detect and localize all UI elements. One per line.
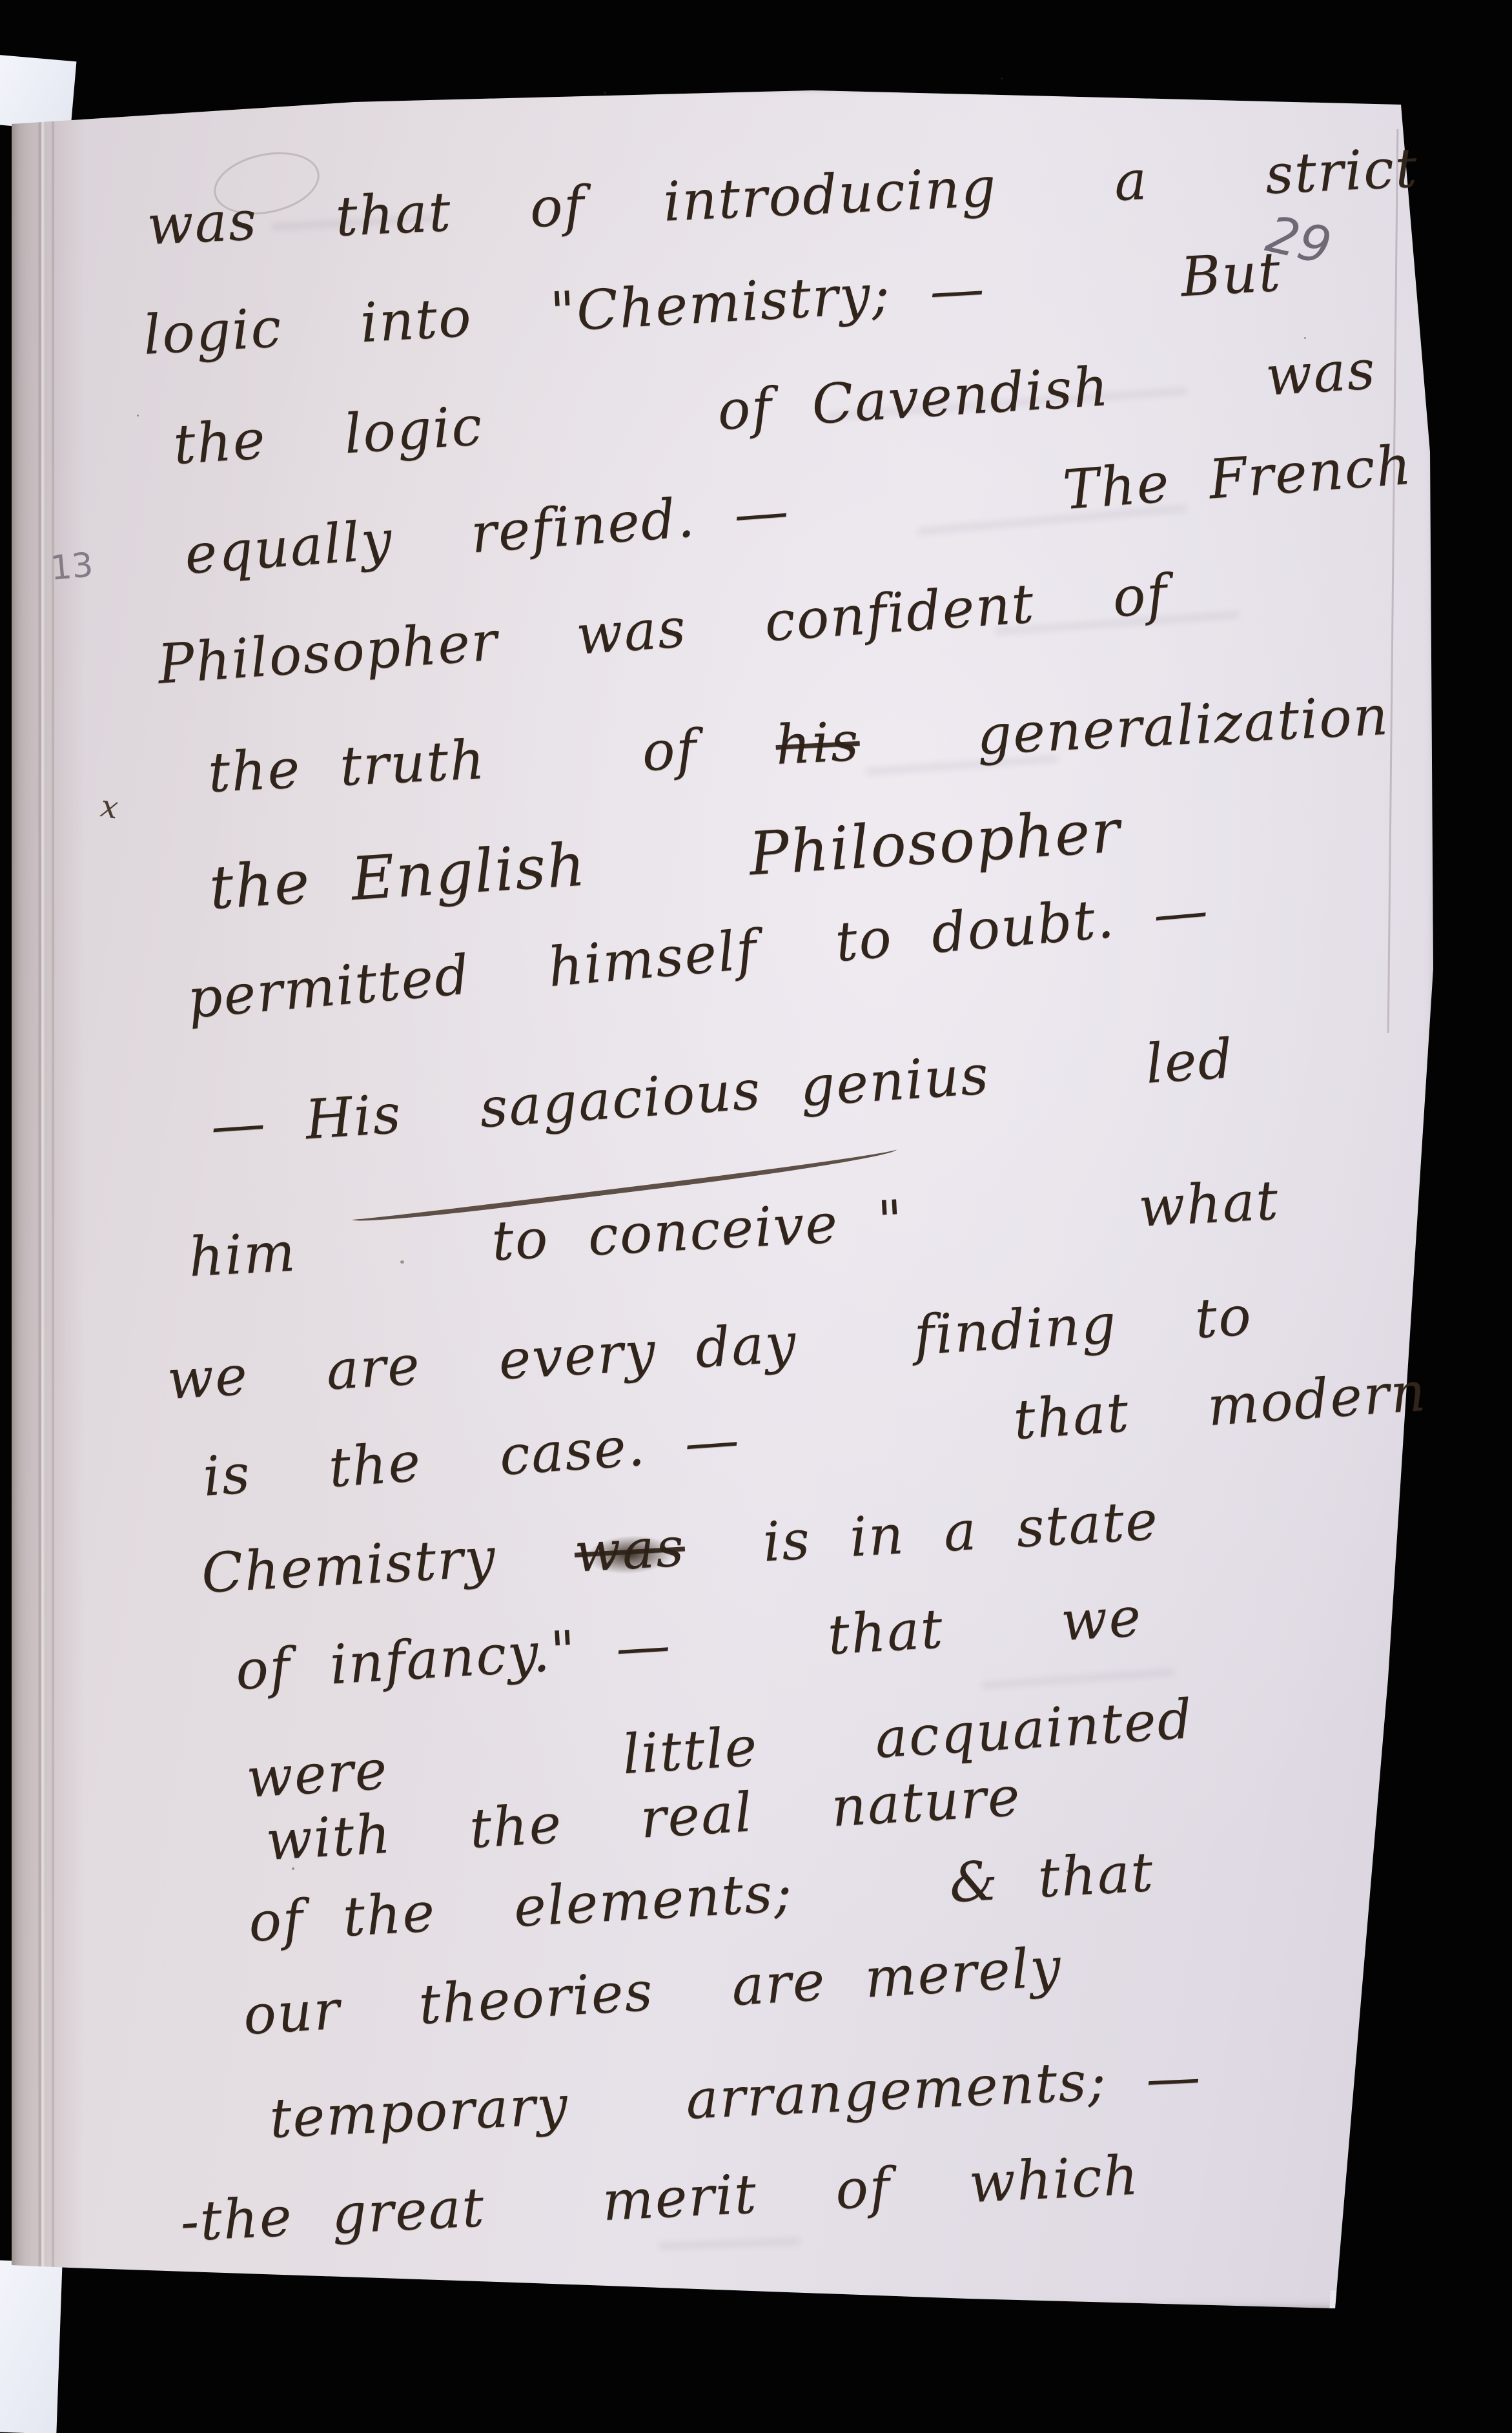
paper-speck [137,415,139,416]
paper-speck [1304,337,1306,339]
paper-speck [1001,77,1003,79]
binding-crease-line [52,121,54,2268]
manuscript-photo: 29 13 x was that of introducing a strict… [0,0,1512,2433]
struck-word: was [573,1515,686,1584]
struck-word: his [774,710,861,777]
underlying-page-corner [1329,2290,1355,2311]
folio-number-pencil: 13 [49,546,95,588]
paper-tab-bottom-left [0,2260,63,2433]
underlying-page-edge [1387,129,1399,1033]
binding-crease [37,119,45,2270]
gutter-shading [12,84,89,2313]
paper-speck [604,92,606,94]
paper-tab-top-left [0,55,76,131]
